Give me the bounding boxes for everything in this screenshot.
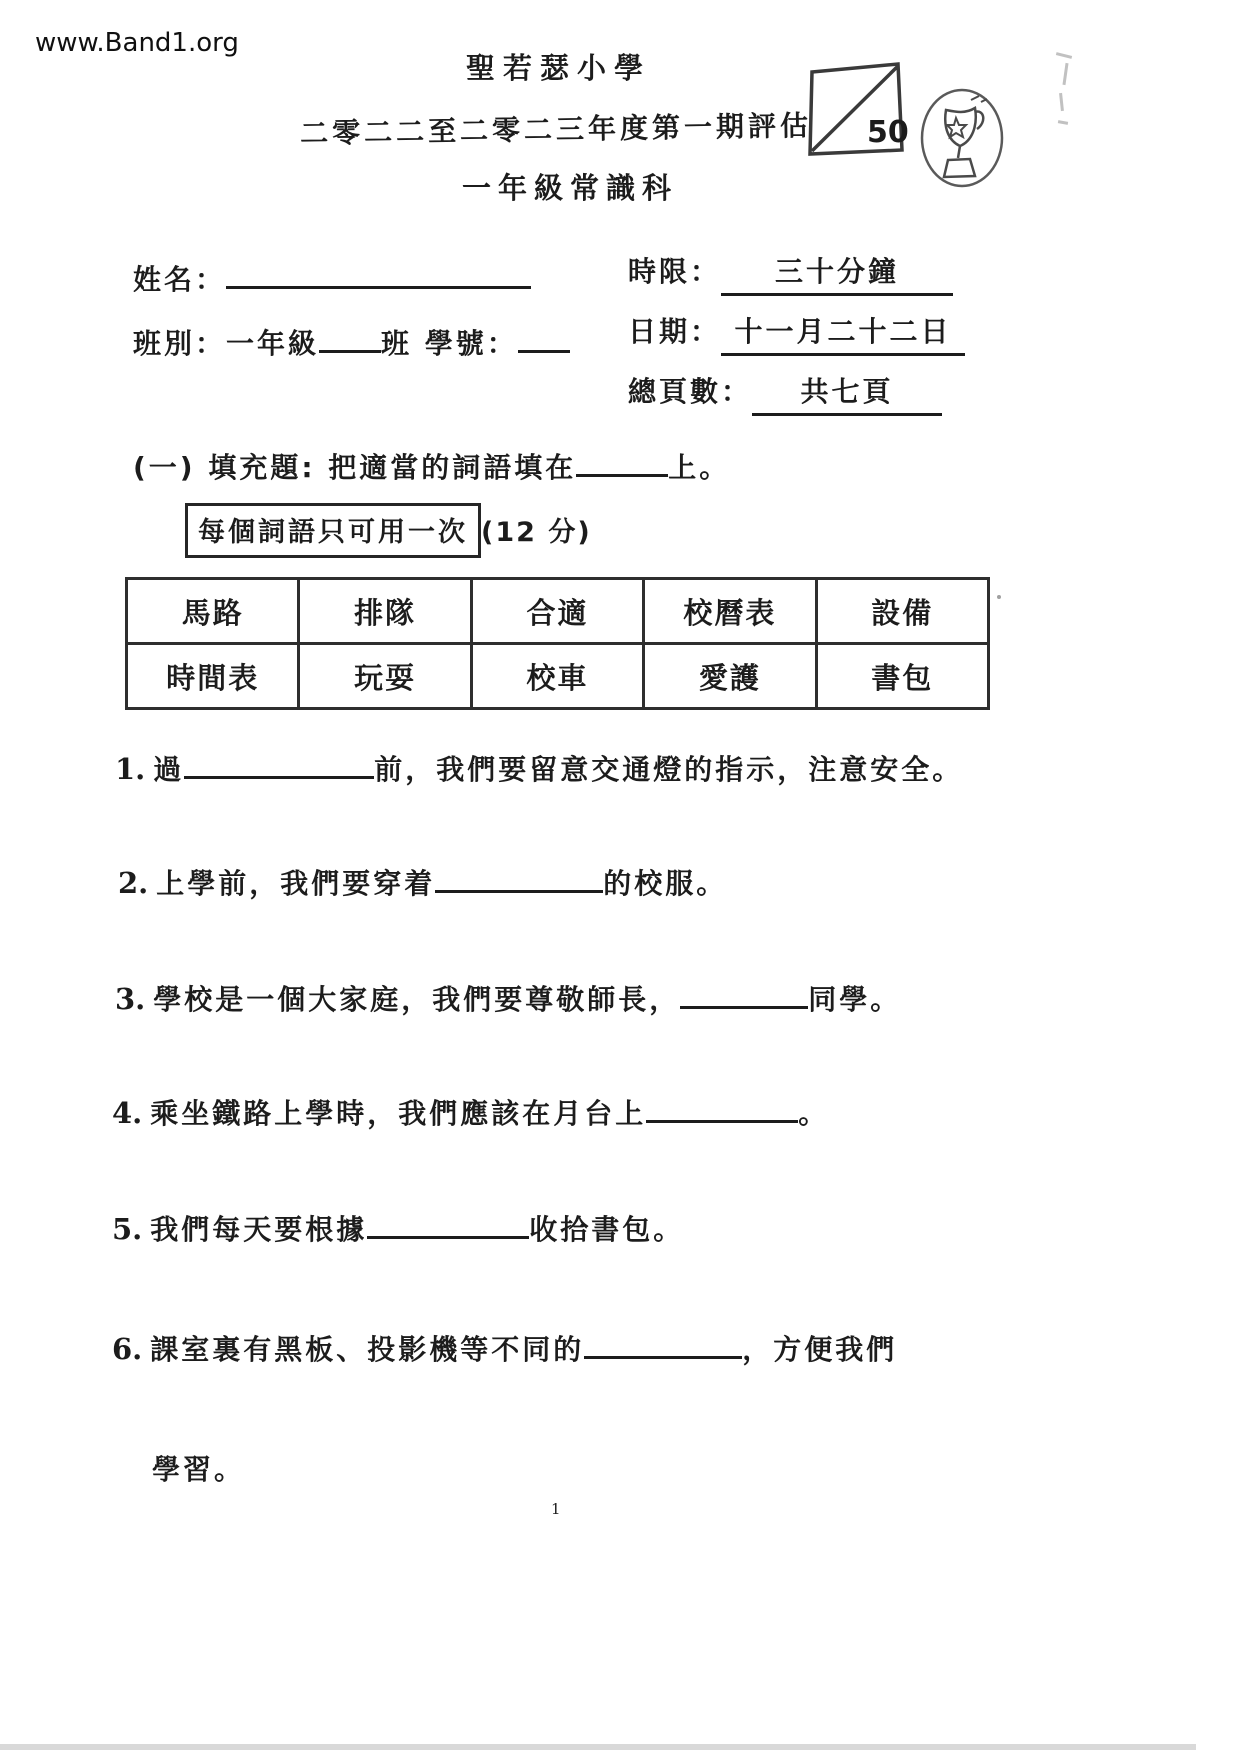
marks-label: (12 分) bbox=[481, 517, 592, 548]
question-1: 1.過前，我們要留意交通燈的指示，注意安全。 bbox=[115, 748, 963, 788]
question-number: 1. bbox=[115, 752, 145, 786]
section-heading-pre: (一) 填充題: 把適當的詞語填在 bbox=[133, 451, 576, 484]
question-number: 4. bbox=[112, 1096, 142, 1130]
scan-edge-artifact bbox=[1056, 50, 1072, 124]
question-pre-text: 上學前，我們要穿着 bbox=[156, 867, 435, 900]
question-post-text: 。 bbox=[798, 1097, 829, 1130]
fill-blank bbox=[367, 1211, 529, 1239]
time-limit-label: 時限： bbox=[628, 255, 721, 288]
date-label: 日期： bbox=[628, 315, 721, 348]
question-post-text: 同學。 bbox=[808, 983, 901, 1016]
question-6: 6.課室裏有黑板、投影機等不同的，方便我們 bbox=[112, 1328, 897, 1368]
date-value: 十一月二十二日 bbox=[721, 310, 965, 356]
trophy-stamp-icon bbox=[918, 86, 1006, 196]
word-bank-cell: 書包 bbox=[816, 644, 988, 709]
subject-title: 一年級常識科 bbox=[462, 166, 678, 207]
question-4: 4.乘坐鐵路上學時，我們應該在月台上。 bbox=[112, 1092, 829, 1132]
question-number: 3. bbox=[115, 982, 145, 1016]
exam-session-title: 二零二二至二零二三年度第一期評估 bbox=[300, 104, 813, 152]
class-row: 班別：一年級班 學號： bbox=[133, 322, 570, 362]
name-row: 姓名： bbox=[133, 258, 531, 298]
time-limit-row: 時限：三十分鐘 bbox=[628, 250, 953, 296]
word-bank-cell: 合適 bbox=[471, 579, 643, 644]
date-row: 日期：十一月二十二日 bbox=[628, 310, 965, 356]
fill-blank bbox=[584, 1331, 742, 1359]
fill-blank bbox=[184, 751, 374, 779]
page-number: 1 bbox=[551, 1500, 561, 1518]
question-pre-text: 我們每天要根據 bbox=[150, 1213, 367, 1246]
question-continuation-text: 學習。 bbox=[152, 1453, 245, 1486]
word-bank-cell: 排隊 bbox=[299, 579, 471, 644]
heading-blank bbox=[576, 449, 668, 477]
question-number: 5. bbox=[112, 1212, 142, 1246]
question-5: 5.我們每天要根據收拾書包。 bbox=[112, 1208, 684, 1248]
boxed-rule: 每個詞語只可用一次 bbox=[185, 503, 481, 558]
time-limit-value: 三十分鐘 bbox=[721, 250, 953, 296]
question-post-text: 的校服。 bbox=[603, 867, 727, 900]
total-pages-value: 共七頁 bbox=[752, 370, 942, 416]
fill-blank bbox=[435, 865, 603, 893]
name-label: 姓名： bbox=[133, 263, 226, 296]
score-box-frame-icon: 50 bbox=[804, 58, 908, 162]
rule-row: 每個詞語只可用一次(12 分) bbox=[185, 503, 592, 558]
question-post-text: 前，我們要留意交通燈的指示，注意安全。 bbox=[374, 753, 963, 786]
question-3: 3.學校是一個大家庭，我們要尊敬師長，同學。 bbox=[115, 978, 901, 1018]
question-pre-text: 過 bbox=[153, 753, 184, 786]
question-post-text: 收拾書包。 bbox=[529, 1213, 684, 1246]
exam-paper-page: www.Band1.org 聖若瑟小學 二零二二至二零二三年度第一期評估 一年級… bbox=[0, 0, 1240, 1754]
score-box: 50 bbox=[804, 58, 908, 166]
fill-blank bbox=[646, 1095, 798, 1123]
word-bank-cell: 設備 bbox=[816, 579, 988, 644]
question-6-continuation: 學習。 bbox=[152, 1448, 245, 1488]
scan-speck bbox=[997, 595, 1001, 599]
question-2: 2.上學前，我們要穿着的校服。 bbox=[118, 862, 727, 902]
scan-bottom-strip bbox=[0, 1744, 1196, 1750]
watermark-url: www.Band1.org bbox=[35, 28, 239, 58]
question-pre-text: 課室裏有黑板、投影機等不同的 bbox=[150, 1333, 584, 1366]
fill-blank bbox=[680, 981, 808, 1009]
word-bank-row-2: 時間表 玩耍 校車 愛護 書包 bbox=[127, 644, 989, 709]
word-bank-row-1: 馬路 排隊 合適 校曆表 設備 bbox=[127, 579, 989, 644]
student-no-blank bbox=[518, 325, 570, 353]
name-blank bbox=[226, 261, 531, 289]
score-total-value: 50 bbox=[867, 115, 908, 150]
total-pages-row: 總頁數：共七頁 bbox=[628, 370, 942, 416]
class-label: 班別：一年級 bbox=[133, 327, 319, 360]
question-number: 6. bbox=[112, 1332, 142, 1366]
total-pages-label: 總頁數： bbox=[628, 375, 752, 408]
word-bank-table: 馬路 排隊 合適 校曆表 設備 時間表 玩耍 校車 愛護 書包 bbox=[125, 577, 990, 710]
class-blank bbox=[319, 325, 381, 353]
school-name: 聖若瑟小學 bbox=[466, 46, 651, 87]
question-pre-text: 乘坐鐵路上學時，我們應該在月台上 bbox=[150, 1097, 646, 1130]
student-no-label: 班 學號： bbox=[381, 327, 518, 360]
word-bank-cell: 校車 bbox=[471, 644, 643, 709]
word-bank-cell: 馬路 bbox=[127, 579, 299, 644]
question-number: 2. bbox=[118, 866, 148, 900]
word-bank-cell: 玩耍 bbox=[299, 644, 471, 709]
word-bank-cell: 愛護 bbox=[644, 644, 816, 709]
word-bank-cell: 校曆表 bbox=[644, 579, 816, 644]
word-bank-cell: 時間表 bbox=[127, 644, 299, 709]
question-pre-text: 學校是一個大家庭，我們要尊敬師長， bbox=[153, 983, 680, 1016]
question-post-text: ，方便我們 bbox=[742, 1333, 897, 1366]
section-heading-post: 上。 bbox=[668, 451, 730, 484]
section-one-heading: (一) 填充題: 把適當的詞語填在上。 bbox=[133, 446, 730, 486]
